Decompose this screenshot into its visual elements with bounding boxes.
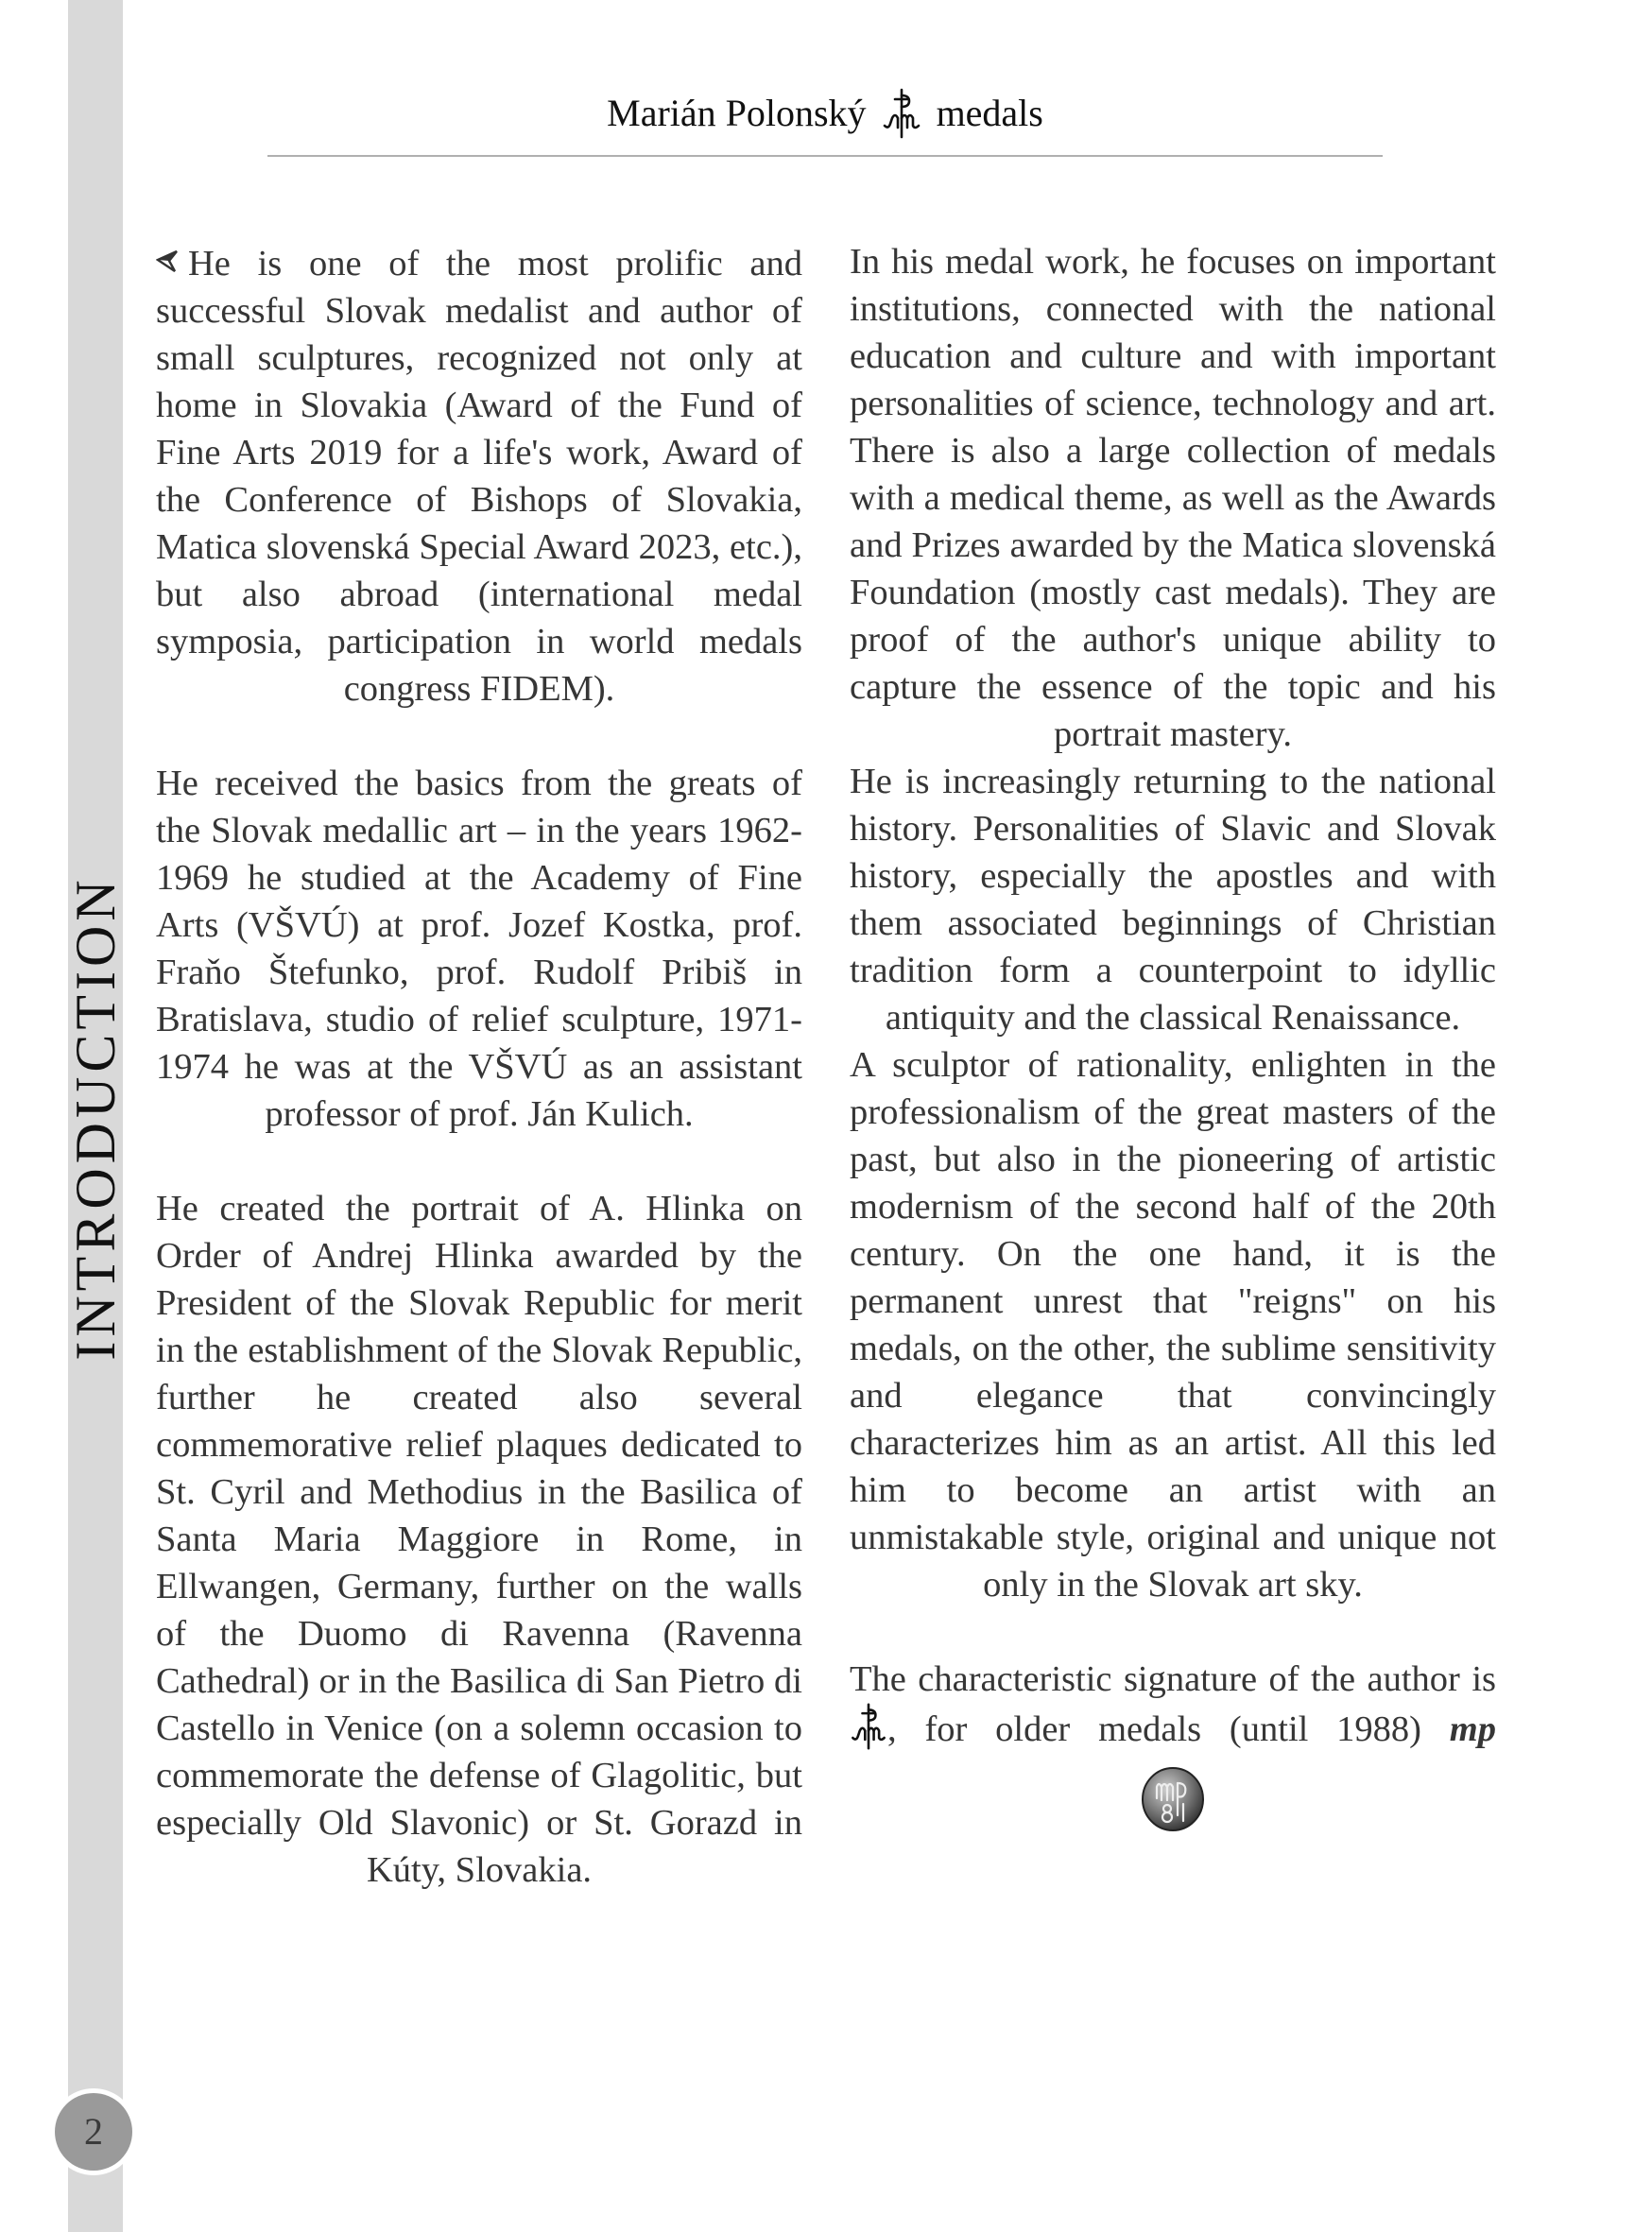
paragraph-1-text: He is one of the most prolific and succe… [156, 244, 802, 709]
running-header: Marián Polonský medals [267, 87, 1383, 153]
left-column: He is one of the most prolific and succe… [156, 238, 802, 1894]
arrowhead-left-icon [156, 238, 181, 263]
page-number: 2 [55, 2093, 132, 2171]
paragraph-4: In his medal work, he focuses on importa… [850, 238, 1496, 758]
header-author: Marián Polonský [607, 92, 866, 134]
paragraph-5: He is increasingly returning to the nati… [850, 758, 1496, 1041]
paragraph-1: He is one of the most prolific and succe… [156, 238, 802, 713]
paragraph-3: He created the portrait of A. Hlinka on … [156, 1185, 802, 1894]
signature-monogram-icon [850, 1703, 887, 1762]
paragraph-6: A sculptor of rationality, enlighten in … [850, 1041, 1496, 1608]
section-label: INTRODUCTION [67, 875, 124, 1360]
header-divider [267, 155, 1383, 157]
paragraph-2: He received the basics from the greats o… [156, 760, 802, 1138]
signature-text-middle: , for older medals (until 1988) [887, 1709, 1450, 1749]
signature-paragraph: The characteristic signature of the auth… [850, 1656, 1496, 1762]
medal-image-wrap [850, 1766, 1496, 1834]
signature-monogram-icon [882, 88, 921, 153]
medal-coin-icon [1140, 1766, 1206, 1832]
header-suffix: medals [937, 92, 1043, 134]
page-number-text: 2 [84, 2113, 103, 2151]
signature-text-before: The characteristic signature of the auth… [850, 1659, 1496, 1699]
right-column: In his medal work, he focuses on importa… [850, 238, 1496, 1834]
mp-italic-mark: mp [1450, 1709, 1496, 1749]
